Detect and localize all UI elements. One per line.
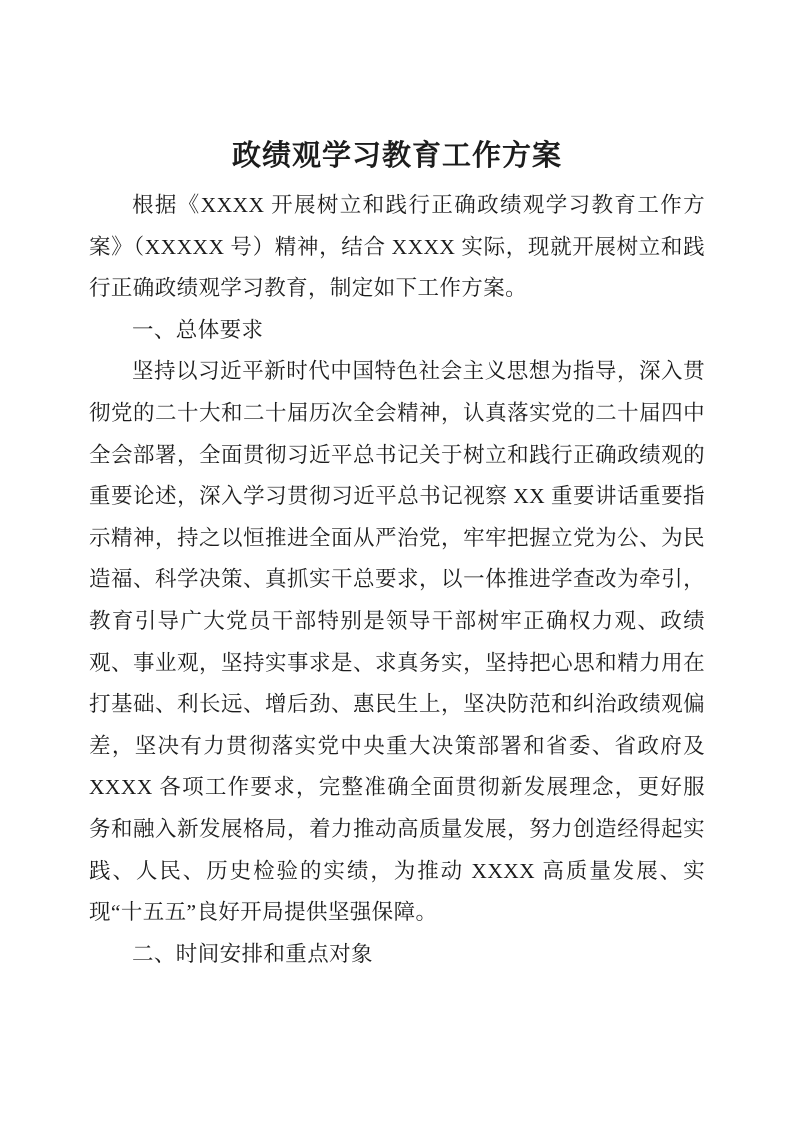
document-title: 政绩观学习教育工作方案 <box>89 133 705 179</box>
paragraph-overall-requirements: 坚持以习近平新时代中国特色社会主义思想为指导，深入贯彻党的二十大和二十届历次全会… <box>89 351 705 933</box>
heading-section-1: 一、总体要求 <box>89 310 705 352</box>
paragraph-intro: 根据《XXXX 开展树立和践行正确政绩观学习教育工作方案》（XXXXX 号）精神… <box>89 185 705 310</box>
document-page: 政绩观学习教育工作方案 根据《XXXX 开展树立和践行正确政绩观学习教育工作方案… <box>0 0 793 1122</box>
heading-section-2: 二、时间安排和重点对象 <box>89 934 705 976</box>
